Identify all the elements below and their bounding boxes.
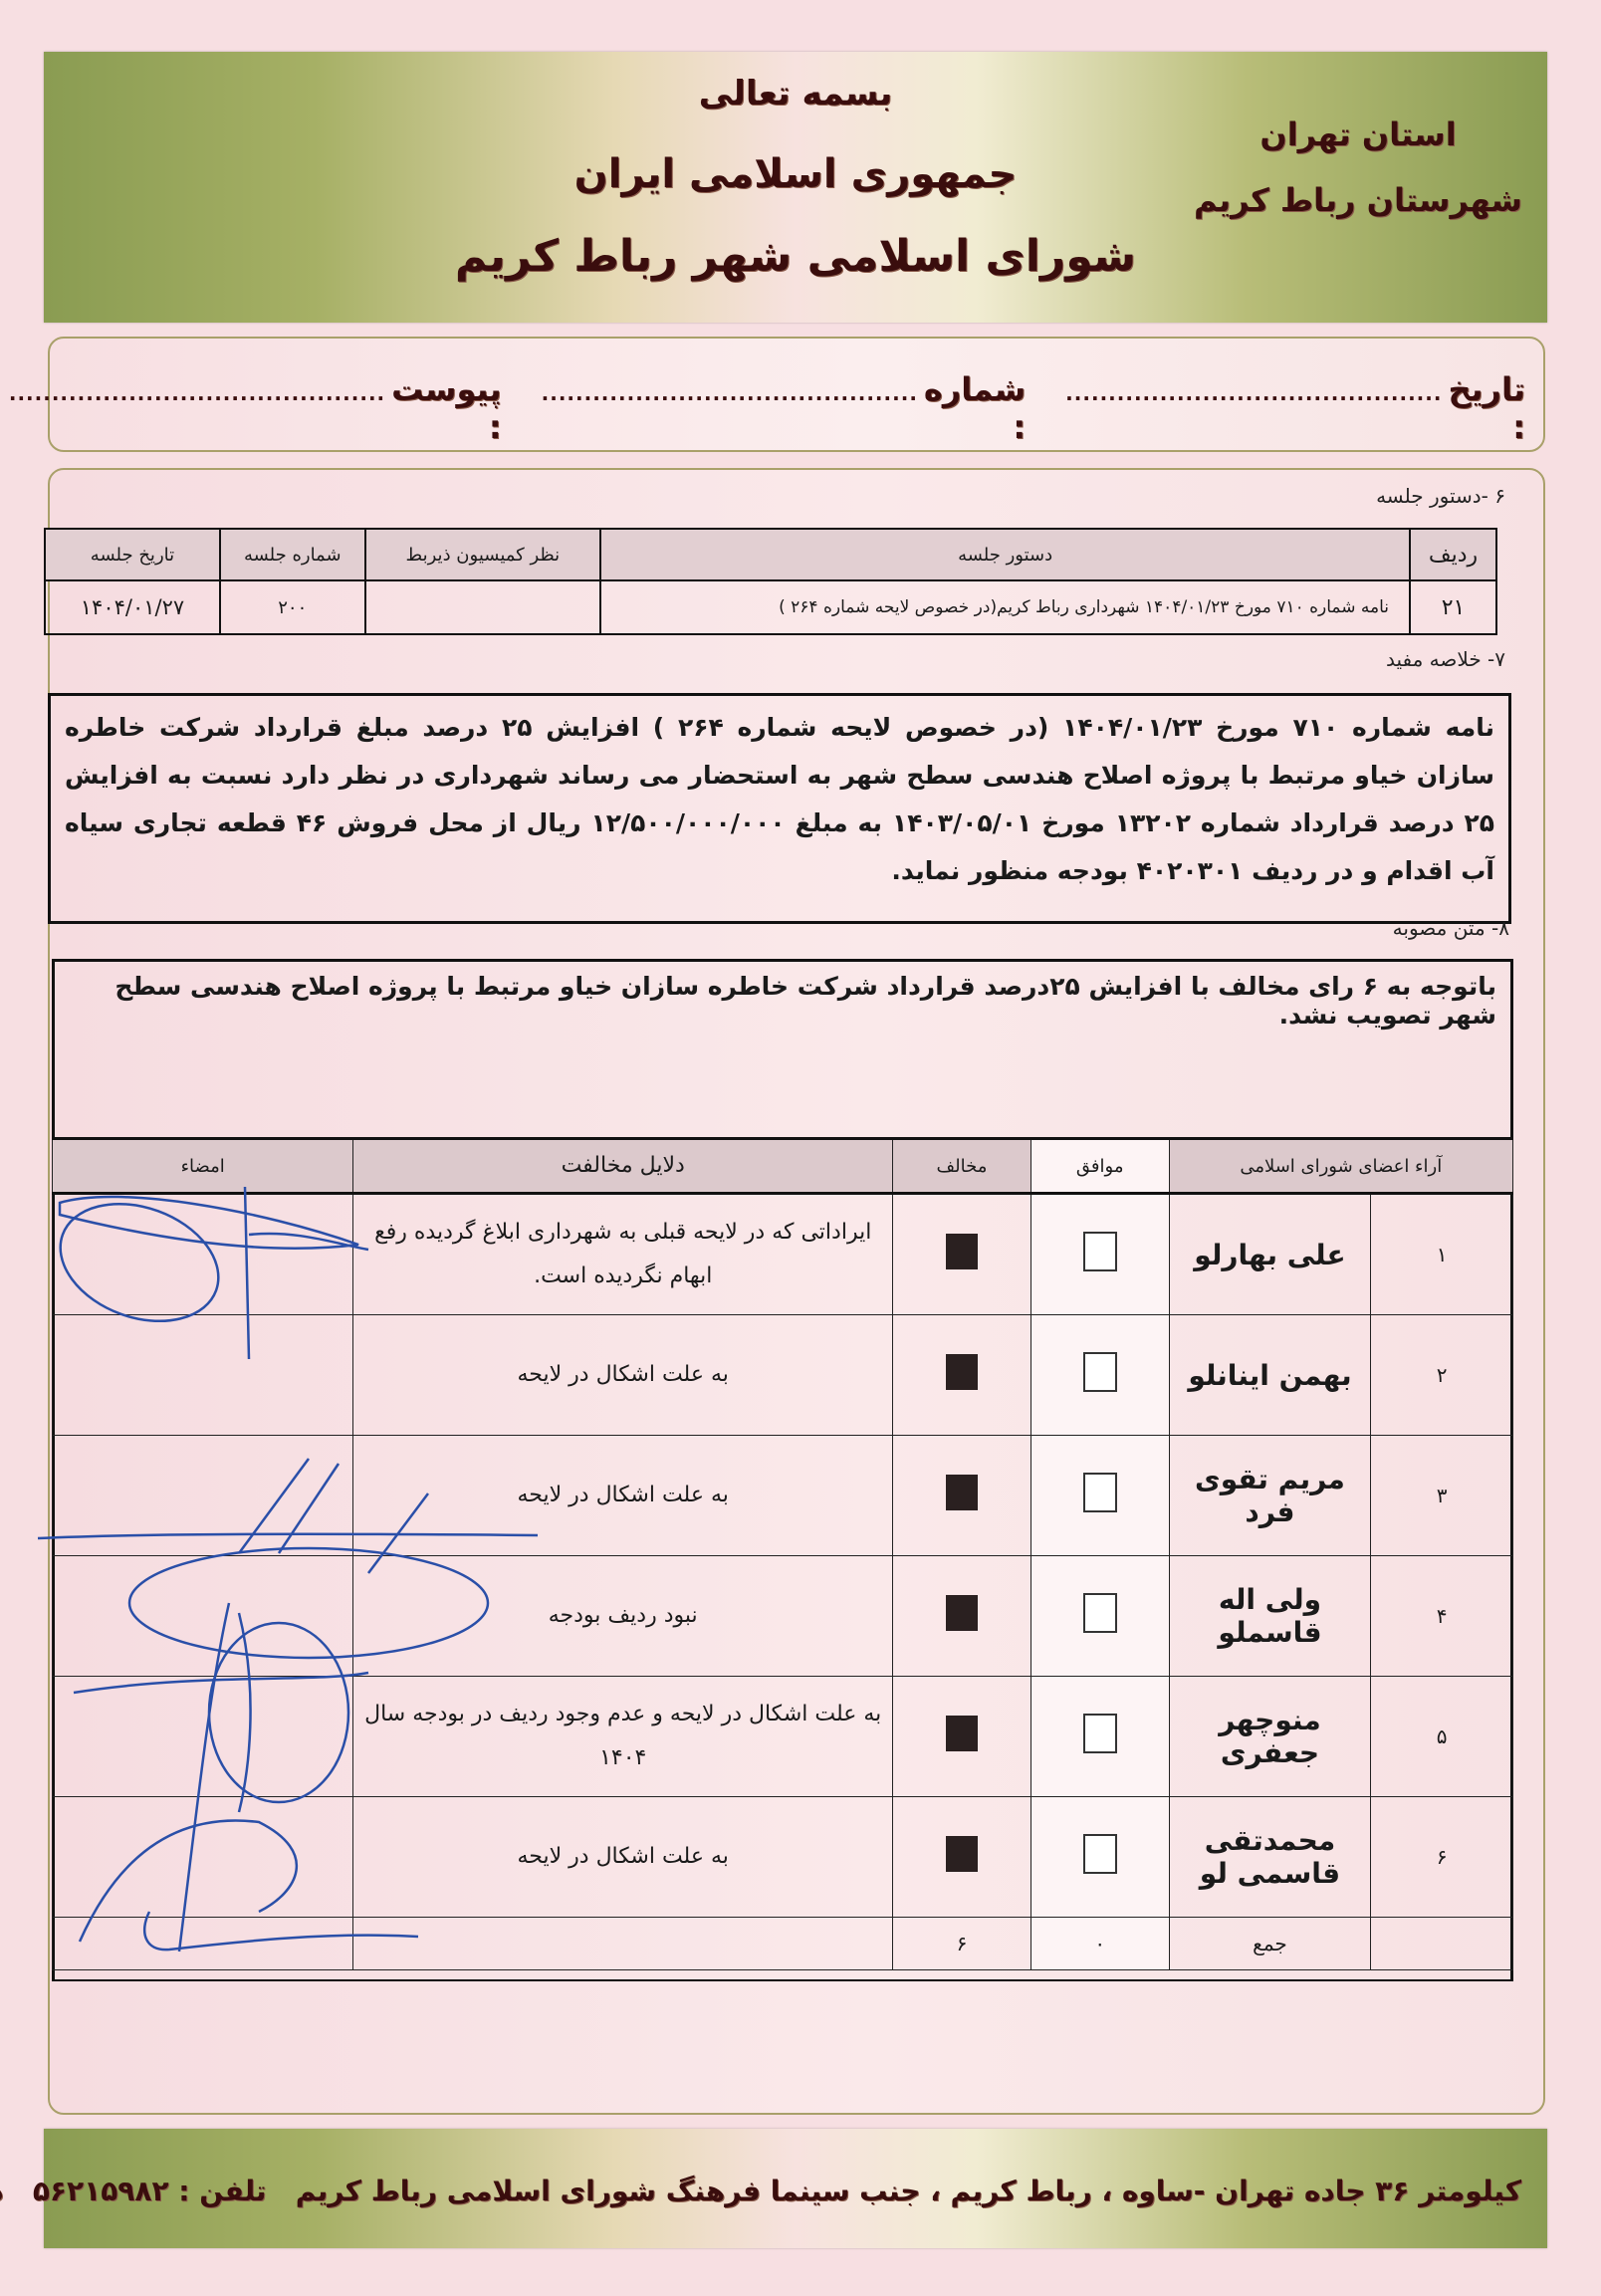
agenda-row: ۲۱ نامه شماره ۷۱۰ مورخ ۱۴۰۴/۰۱/۲۳ شهردار…	[45, 580, 1496, 634]
vote-row: ۴ ولی اله قاسملو نبود ردیف بودجه	[53, 1556, 1513, 1677]
attachment-value-dots: ........................................…	[9, 381, 385, 405]
dissent-reason: به علت اشکال در لایحه	[353, 1797, 893, 1918]
total-empty-cell	[1371, 1918, 1513, 1970]
dissent-reason: به علت اشکال در لایحه و عدم وجود ردیف در…	[353, 1677, 893, 1797]
vote-row: ۱ علی بهارلو ایراداتی که در لایحه قبلی ب…	[53, 1194, 1513, 1315]
member-number: ۶	[1371, 1797, 1513, 1918]
col-agree: موافق	[1030, 1139, 1169, 1194]
agenda-table: ردیف دستور جلسه نظر کمیسیون ذیربط شماره …	[44, 528, 1497, 635]
agenda-row-commission	[365, 580, 601, 634]
col-agenda: دستور جلسه	[600, 529, 1410, 580]
vote-row: ۲ بهمن اینانلو به علت اشکال در لایحه	[53, 1315, 1513, 1436]
phone-label: تلفن :	[178, 2175, 266, 2207]
agree-checkbox[interactable]	[1083, 1593, 1117, 1633]
letterhead-band: بسمه تعالی جمهوری اسلامی ایران شورای اسل…	[44, 52, 1547, 323]
total-disagree: ۶	[893, 1918, 1031, 1970]
col-signature: امضاء	[53, 1139, 353, 1194]
agree-checkbox[interactable]	[1083, 1834, 1117, 1874]
disagree-checkbox-checked[interactable]	[946, 1354, 978, 1390]
province-text: استان تهران	[1194, 102, 1522, 167]
col-session-number: شماره جلسه	[220, 529, 365, 580]
member-number: ۲	[1371, 1315, 1513, 1436]
number-value-dots: ........................................…	[542, 381, 918, 405]
date-field: تاریخ : ................................…	[1065, 370, 1525, 446]
disagree-checkbox-checked[interactable]	[946, 1234, 978, 1269]
agenda-row-text: نامه شماره ۷۱۰ مورخ ۱۴۰۴/۰۱/۲۳ شهرداری ر…	[600, 580, 1410, 634]
col-disagree: مخالف	[893, 1139, 1031, 1194]
member-number: ۳	[1371, 1436, 1513, 1556]
date-value-dots: ........................................…	[1065, 381, 1442, 405]
agree-checkbox[interactable]	[1083, 1232, 1117, 1271]
member-name: ولی اله قاسملو	[1169, 1556, 1371, 1677]
dissent-reason: به علت اشکال در لایحه	[353, 1315, 893, 1436]
signature-cell	[53, 1194, 353, 1315]
member-name: منوچهر جعفری	[1169, 1677, 1371, 1797]
approval-text: باتوجه به ۶ رای مخالف با افزایش ۲۵درصد ق…	[55, 972, 1496, 1030]
summary-text: نامه شماره ۷۱۰ مورخ ۱۴۰۴/۰۱/۲۳ (در خصوص …	[65, 704, 1494, 895]
summary-box: نامه شماره ۷۱۰ مورخ ۱۴۰۴/۰۱/۲۳ (در خصوص …	[48, 693, 1511, 924]
member-name: بهمن اینانلو	[1169, 1315, 1371, 1436]
disagree-checkbox-checked[interactable]	[946, 1475, 978, 1510]
agree-checkbox[interactable]	[1083, 1714, 1117, 1753]
member-number: ۵	[1371, 1677, 1513, 1797]
date-label: تاریخ :	[1448, 370, 1525, 446]
signature-cell	[53, 1677, 353, 1797]
agenda-row-session-date: ۱۴۰۴/۰۱/۲۷	[45, 580, 220, 634]
attachment-field: پیوست : ................................…	[9, 370, 502, 446]
vote-row: ۳ مریم تقوی فرد به علت اشکال در لایحه	[53, 1436, 1513, 1556]
attachment-label: پیوست :	[391, 370, 501, 446]
dissent-reason: به علت اشکال در لایحه	[353, 1436, 893, 1556]
member-name: محمدتقی قاسمی لو	[1169, 1797, 1371, 1918]
county-text: شهرستان رباط کریم	[1194, 167, 1522, 233]
letter-meta-box: تاریخ : ................................…	[48, 337, 1545, 452]
summary-section-title: ۷- خلاصه مفید	[1386, 647, 1505, 671]
total-signature-empty	[53, 1918, 353, 1970]
col-session-date: تاریخ جلسه	[45, 529, 220, 580]
agree-checkbox[interactable]	[1083, 1473, 1117, 1512]
location-block: استان تهران شهرستان رباط کریم	[1194, 102, 1522, 233]
council-title: شورای اسلامی شهر رباط کریم	[44, 231, 1547, 282]
member-number: ۱	[1371, 1194, 1513, 1315]
vote-total-row: جمع ۰ ۶	[53, 1918, 1513, 1970]
agenda-row-session-number: ۲۰۰	[220, 580, 365, 634]
footer-band: کیلومتر ۳۶ جاده تهران -ساوه ، رباط کریم …	[44, 2129, 1547, 2248]
col-reasons: دلایل مخالفت	[353, 1139, 893, 1194]
agree-checkbox[interactable]	[1083, 1352, 1117, 1392]
dissent-reason: ایراداتی که در لایحه قبلی به شهرداری ابل…	[353, 1194, 893, 1315]
vote-row: ۶ محمدتقی قاسمی لو به علت اشکال در لایحه	[53, 1797, 1513, 1918]
dissent-reason: نبود ردیف بودجه	[353, 1556, 893, 1677]
member-name: مریم تقوی فرد	[1169, 1436, 1371, 1556]
disagree-checkbox-checked[interactable]	[946, 1836, 978, 1872]
phone-number: ۵۶۲۱۵۹۸۲	[33, 2175, 169, 2207]
total-label: جمع	[1169, 1918, 1371, 1970]
signature-cell	[53, 1436, 353, 1556]
vote-row: ۵ منوچهر جعفری به علت اشکال در لایحه و ع…	[53, 1677, 1513, 1797]
disagree-checkbox-checked[interactable]	[946, 1716, 978, 1751]
fax-label: دورنگار :	[0, 2175, 4, 2207]
signature-cell	[53, 1797, 353, 1918]
number-field: شماره : ................................…	[542, 370, 1027, 446]
approval-section-title: ۸- متن مصوبه	[1393, 916, 1509, 940]
disagree-checkbox-checked[interactable]	[946, 1595, 978, 1631]
number-label: شماره :	[924, 370, 1026, 446]
footer-contact: کیلومتر ۳۶ جاده تهران -ساوه ، رباط کریم …	[0, 2175, 1521, 2207]
signature-cell	[53, 1556, 353, 1677]
council-vote-table: آراء اعضای شورای اسلامی موافق مخالف دلای…	[52, 1137, 1513, 1970]
col-commission: نظر کمیسیون ذیربط	[365, 529, 601, 580]
agenda-section-title: ۶ -دستور جلسه	[1376, 484, 1505, 508]
total-agree: ۰	[1030, 1918, 1169, 1970]
col-row: ردیف	[1410, 529, 1496, 580]
member-number: ۴	[1371, 1556, 1513, 1677]
signature-cell	[53, 1315, 353, 1436]
member-name: علی بهارلو	[1169, 1194, 1371, 1315]
agenda-row-number: ۲۱	[1410, 580, 1496, 634]
footer-address: کیلومتر ۳۶ جاده تهران -ساوه ، رباط کریم …	[296, 2175, 1521, 2207]
col-members: آراء اعضای شورای اسلامی	[1169, 1139, 1512, 1194]
total-reason-empty	[353, 1918, 893, 1970]
